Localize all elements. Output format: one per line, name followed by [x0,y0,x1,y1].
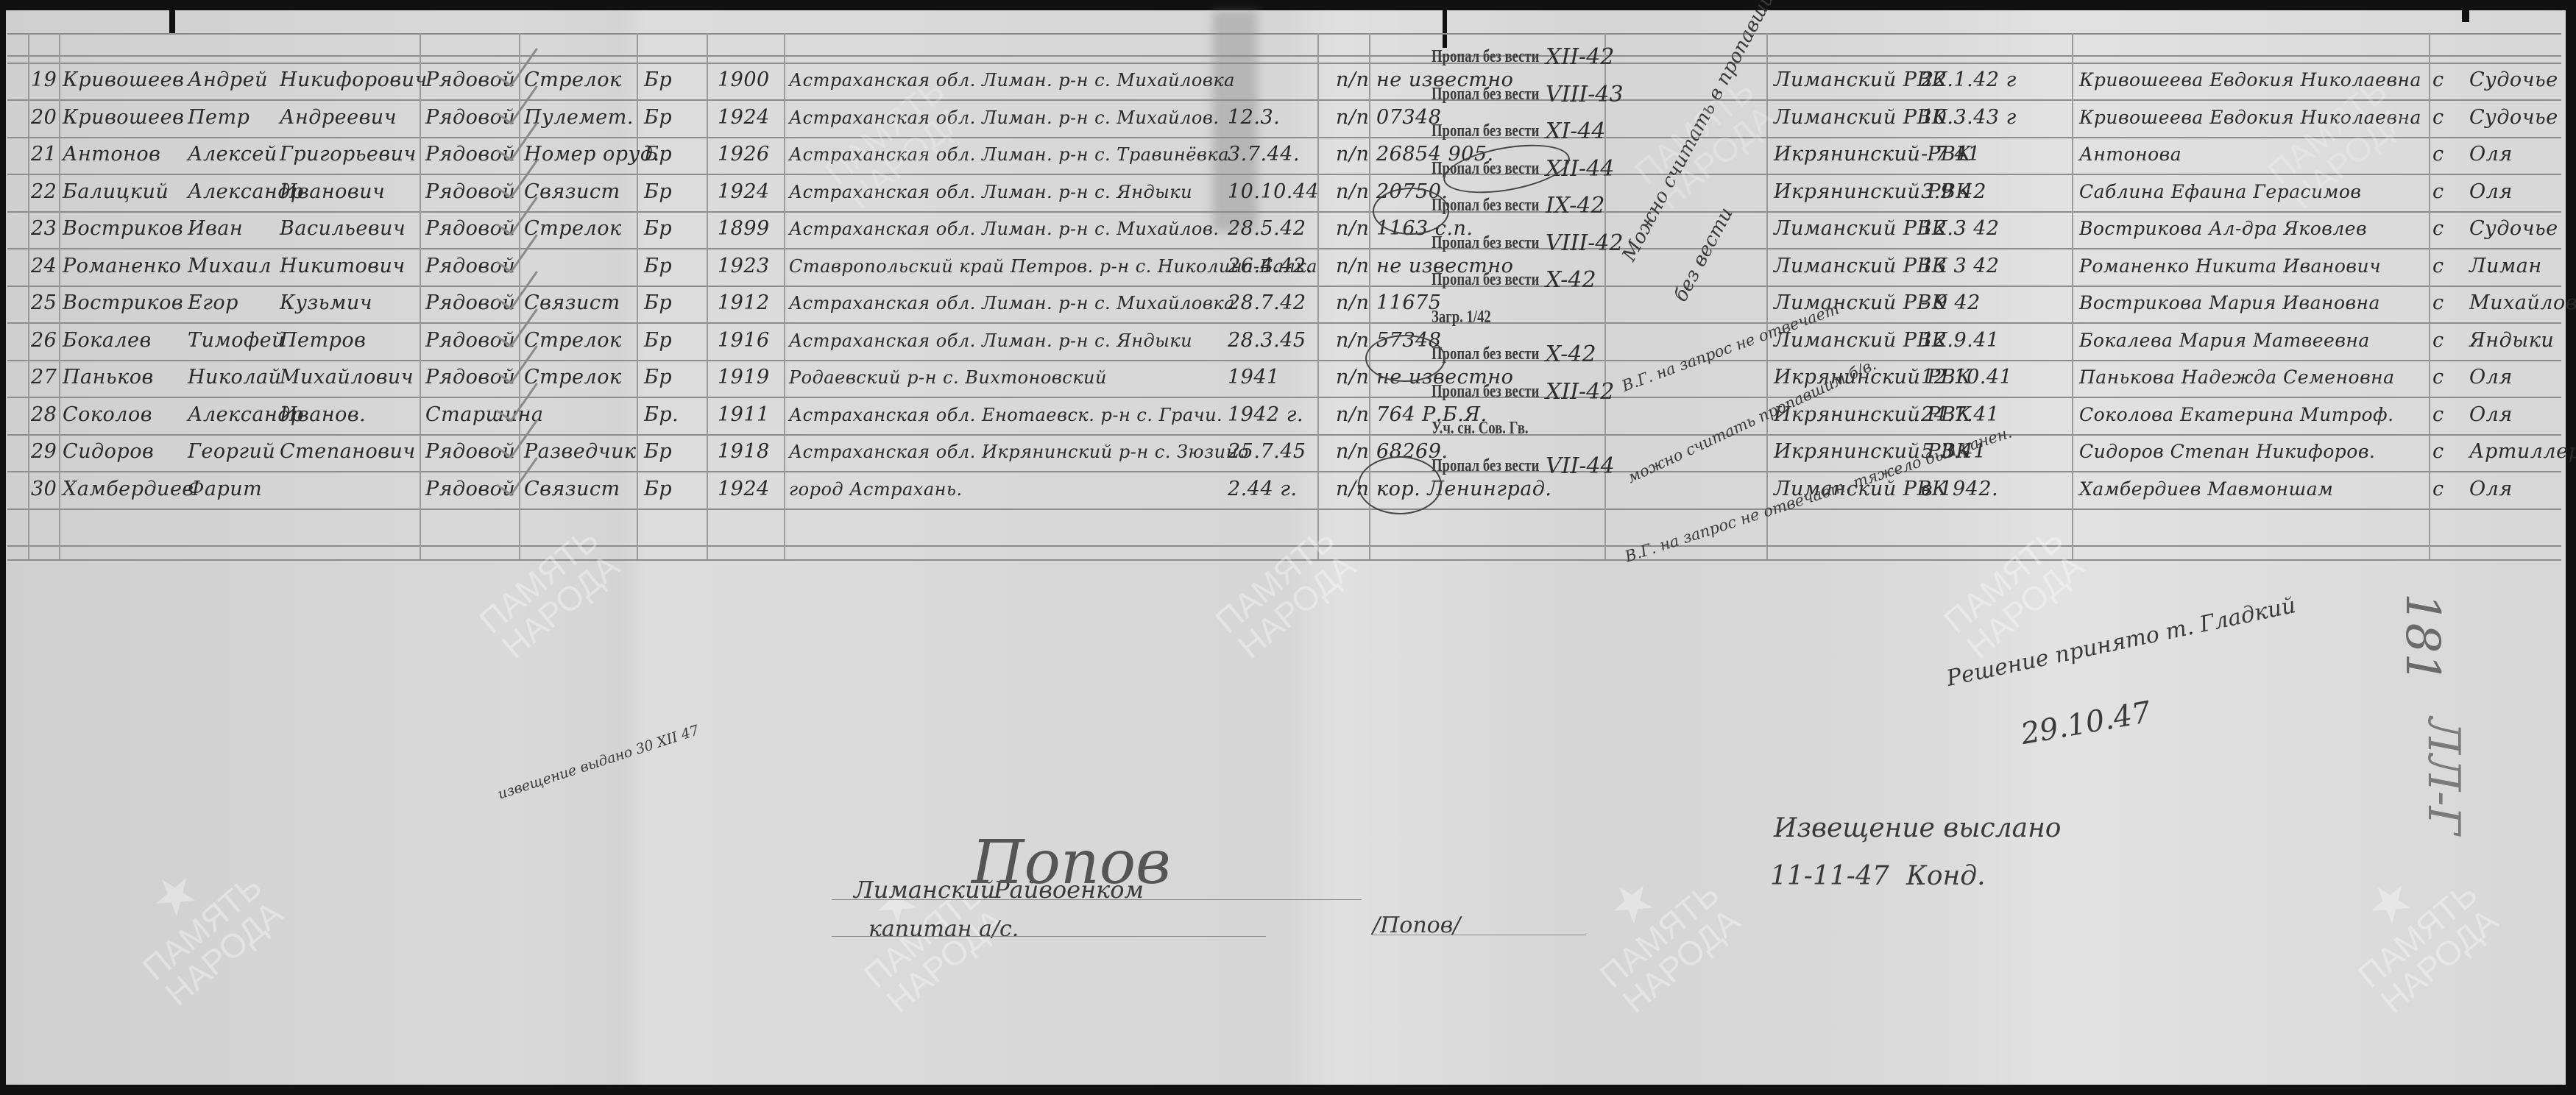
relative-place-prefix: с [2432,291,2444,316]
unit-mark: п/п [1336,180,1369,205]
row-number: 30 [31,477,57,502]
status-stamp: Пропал без вести [1432,85,1539,104]
column-rule [784,33,785,559]
unit-mark: п/п [1336,328,1369,353]
side-mark: ЛЛ-Г [2418,717,2469,835]
relative-place-prefix: с [2432,328,2444,353]
specialty: Пулемет. [524,105,634,130]
notice-sent: Извещение выслано [1774,813,2061,843]
signature-line [832,899,1362,900]
relative-place-prefix: с [2432,180,2444,205]
birth-year: 1918 [718,439,770,464]
unit-mark: п/п [1336,403,1369,428]
branch: Бр [644,68,672,93]
patronymic: Иванович [280,180,385,205]
specialty: Разведчик [524,439,637,464]
signature-line [832,936,1266,937]
given-name: Фарит [188,477,262,502]
table-rule [7,471,2561,472]
row-number: 25 [31,291,57,316]
table-rule [7,434,2561,436]
unit-mark: п/п [1336,216,1369,241]
handwritten-signature: Попов [972,828,1171,898]
specialty: Стрелок [524,216,622,241]
unit-mark: п/п [1336,105,1369,130]
birth-year: 1911 [718,403,770,428]
surname: Паньков [63,365,154,390]
specialty: Связист [524,477,620,502]
branch: Бр [644,142,672,167]
surname: Балицкий [63,180,169,205]
circled-unit [1358,456,1442,514]
patronymic: Петров [280,328,366,353]
paper-tear [2462,0,2469,22]
relative: Вострикова Мария Ивановна [2079,291,2380,316]
status-date: X-42 [1546,341,1596,367]
surname: Востриков [63,291,183,316]
status-date: VIII-43 [1546,82,1624,107]
relative-place-prefix: с [2432,254,2444,279]
branch: Бр [644,439,672,464]
voenkomat-date: 3.9 42 [1921,180,1986,205]
table-rule [7,174,2561,175]
table-rule [7,322,2561,324]
birth-year: 1899 [718,216,770,241]
relative-place-prefix: с [2432,439,2444,464]
column-rule [707,33,708,559]
birthplace: Астраханская обл. Лиман. р-н с. Яндыки [789,328,1192,353]
row-number: 23 [31,216,57,241]
table-rule [7,33,2561,35]
patronymic: Григорьевич [280,142,417,167]
relative: Антонова [2079,142,2182,167]
unit-mark: п/п [1336,254,1369,279]
status-stamp: Пропал без вести [1432,456,1539,476]
voenkomat-date: 12.10.41 [1921,365,2012,390]
relative-place: Оля [2469,365,2513,390]
call-date: 2.44 г. [1228,477,1297,502]
voenkomat-date: 10.3.43 г [1921,105,2017,130]
given-name: Николай [188,365,282,390]
specialty: Связист [524,180,620,205]
notice-signature: Конд. [1906,861,1986,891]
birthplace: Астраханская обл. Лиман. р-н с. Михайлов… [789,68,1235,93]
relative-place: Артиллерийск. [2469,439,2576,464]
table-rule [7,248,2561,249]
branch: Бр [644,180,672,205]
branch: Бр [644,477,672,502]
status-stamp: Загр. 1/42 [1432,308,1491,327]
voenkomat-date: 22.1.42 г [1921,68,2017,93]
table-rule [7,211,2561,213]
branch: Бр [644,254,672,279]
patronymic: Михайлович [280,365,414,390]
specialty: Стрелок [524,328,622,353]
status-stamp: У.ч. сн. Сов. Гв. [1432,419,1529,439]
paper-tear [1443,0,1447,48]
birthplace: Астраханская обл. Икрянинский р-н с. Зюз… [789,439,1249,464]
relative-place: Яндыки [2469,328,2554,353]
relative: Вострикова Ал-дра Яковлев [2079,216,2367,241]
voenkomat-date: - 7 41 [1921,142,1981,167]
branch: Бр. [644,403,679,428]
page-number: 181 [2395,593,2449,683]
unit-mark: п/п [1336,68,1369,93]
row-number: 24 [31,254,57,279]
call-date: 28.7.42 [1228,291,1306,316]
status-stamp: Пропал без вести [1432,47,1539,67]
relative-place-prefix: с [2432,403,2444,428]
call-date: 25.7.45 [1228,439,1306,464]
call-date: 1942 г. [1228,403,1303,428]
call-date: 28.3.45 [1228,328,1306,353]
column-rule [1317,33,1319,559]
birthplace: Астраханская обл. Лиман. р-н с. Михайлов… [789,291,1235,316]
call-date: 26.4.42. [1228,254,1313,279]
status-date: XII-42 [1546,44,1614,70]
surname: Кривошеев [63,68,184,93]
branch: Бр [644,291,672,316]
column-rule [28,33,29,559]
voenkomat-date: 12.9.41 [1921,328,2000,353]
table-rule [7,286,2561,287]
specialty: Стрелок [524,68,622,93]
signature-rank: капитан [868,916,972,942]
relative-place-prefix: с [2432,365,2444,390]
call-date: 12.3. [1228,105,1280,130]
birth-year: 1916 [718,328,770,353]
signature-rank-suffix: а/с. [979,916,1019,942]
column-rule [420,33,421,559]
row-number: 21 [31,142,57,167]
voenkomat-date: 24.7.41 [1921,403,2000,428]
surname: Романенко [63,254,181,279]
birthplace: Родаевский р-н с. Вихтоновский [789,365,1107,390]
surname: Хамбердиев [63,477,194,502]
status-date: VIII-42 [1546,230,1624,256]
given-name: Георгий [188,439,275,464]
unit-mark: п/п [1336,365,1369,390]
row-number: 20 [31,105,57,130]
status-date: XI-44 [1546,118,1606,144]
given-name: Михаил [188,254,272,279]
status-date: X-42 [1546,267,1596,293]
voenkomat-date: 13 3 42 [1921,254,2000,279]
specialty: Связист [524,291,620,316]
relative-place-prefix: с [2432,68,2444,93]
unit-mark: п/п [1336,439,1369,464]
relative: Бокалева Мария Матвеевна [2079,328,2370,353]
table-rule [7,55,2561,57]
voenkomat-date: 12.3 42 [1921,216,2000,241]
patronymic: Никитович [280,254,406,279]
birth-year: 1912 [718,291,770,316]
table-rule [7,397,2561,398]
column-rule [1604,33,1606,559]
unit-mark: п/п [1336,142,1369,167]
birth-year: 1924 [718,105,770,130]
relative: Соколова Екатерина Митроф. [2079,403,2394,428]
surname: Антонов [63,142,160,167]
patronymic: Андреевич [280,105,397,130]
birthplace: город Астрахань. [789,477,963,502]
given-name: Петр [188,105,250,130]
notice-date: 11-11-47 [1770,861,1889,891]
surname: Соколов [63,403,152,428]
row-number: 27 [31,365,57,390]
relative: Панькова Надежда Семеновна [2079,365,2395,390]
column-rule [2429,33,2430,559]
call-date: 28.5.42 [1228,216,1306,241]
relative-place-prefix: с [2432,477,2444,502]
specialty: Стрелок [524,365,622,390]
specialty: Номер оруд. [524,142,659,167]
relative: Романенко Никита Иванович [2079,254,2381,279]
given-name: Егор [188,291,238,316]
relative-place: Судочье [2469,216,2558,241]
relative-place: Оля [2469,403,2513,428]
relative-place: Оля [2469,477,2513,502]
relative-place: Оля [2469,180,2513,205]
given-name: Алексей [188,142,277,167]
birthplace: Астраханская обл. Лиман. р-н с. Михайлов… [789,105,1219,130]
relative-place-prefix: с [2432,142,2444,167]
relative-place: Михайловка [2469,291,2576,316]
voenkomat-date: - 9 42 [1921,291,1981,316]
relative-place: Судочье [2469,68,2558,93]
branch: Бр [644,328,672,353]
status-stamp: Пропал без вести [1432,233,1539,253]
surname: Бокалев [63,328,152,353]
given-name: Иван [188,216,243,241]
status-stamp: Пропал без вести [1432,121,1539,141]
relative: Хамбердиев Мавмоншам [2079,477,2333,502]
status-date: VII-44 [1546,453,1615,479]
status-date: IX-42 [1546,193,1604,219]
status-date: XII-42 [1546,379,1614,405]
paper-tear [169,0,175,33]
status-stamp: Пропал без вести [1432,344,1539,364]
given-name: Андрей [188,68,268,93]
column-rule [2072,33,2073,559]
birthplace: Астраханская обл. Лиман. р-н с. Михайлов… [789,216,1219,241]
surname: Сидоров [63,439,154,464]
birthplace: Астраханская обл. Енотаевск. р-н с. Грач… [789,403,1222,428]
birth-year: 1919 [718,365,770,390]
call-date: 3.7.44. [1228,142,1300,167]
table-rule [7,360,2561,361]
given-name: Тимофей [188,328,285,353]
call-date: 10.10.44 [1228,180,1319,205]
status-stamp: Пропал без вести [1432,382,1539,402]
row-number: 29 [31,439,57,464]
circled-unit [1373,188,1449,235]
row-number: 28 [31,403,57,428]
row-number: 26 [31,328,57,353]
branch: Бр [644,105,672,130]
birth-year: 1923 [718,254,770,279]
patronymic: Степанович [280,439,416,464]
relative-place: Оля [2469,142,2513,167]
relative: Сидоров Степан Никифоров. [2079,439,2375,464]
relative-place: Судочье [2469,105,2558,130]
surname: Востриков [63,216,183,241]
unit-mark: п/п [1336,291,1369,316]
birth-year: 1924 [718,477,770,502]
table-rule [7,99,2561,101]
row-number: 19 [31,68,57,93]
birth-year: 1924 [718,180,770,205]
table-rule [7,63,2561,64]
relative-place-prefix: с [2432,216,2444,241]
relative-place: Лиман [2469,254,2542,279]
row-number: 22 [31,180,57,205]
call-date: 1941 [1228,365,1280,390]
patronymic: Никифорович [280,68,428,93]
relative-place-prefix: с [2432,105,2444,130]
patronymic: Иванов. [280,403,366,428]
column-rule [637,33,638,559]
table-rule [7,137,2561,138]
column-rule [59,33,60,559]
birth-year: 1926 [718,142,770,167]
branch: Бр [644,216,672,241]
patronymic: Кузьмич [280,291,372,316]
signature-line [1373,935,1586,935]
status-stamp: Пропал без вести [1432,270,1539,290]
branch: Бр [644,365,672,390]
table-rule [7,508,2561,510]
voenkomat-date: в 1942. [1921,477,1998,502]
patronymic: Васильевич [280,216,406,241]
birth-year: 1900 [718,68,770,93]
circled-unit [1365,335,1446,382]
surname: Кривошеев [63,105,184,130]
